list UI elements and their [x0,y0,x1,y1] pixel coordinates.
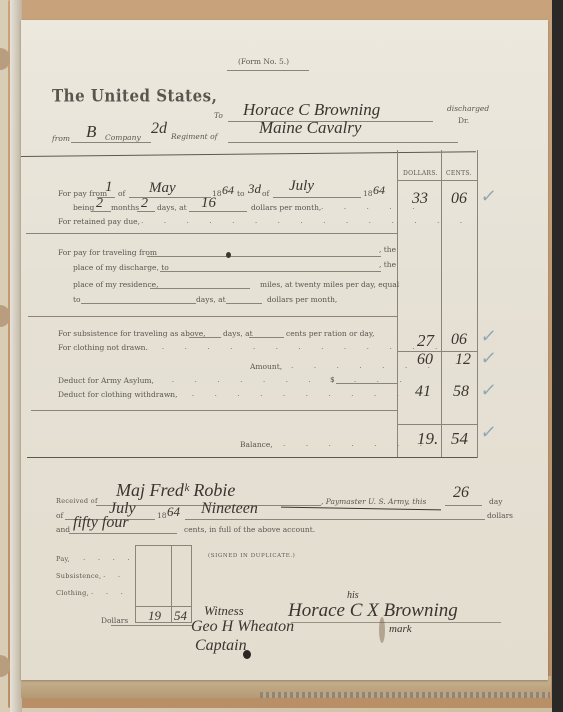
summary-dollars-value: 19 [148,608,161,624]
form-number: (Form No. 5.) [238,57,289,66]
received-of-label: Received of [56,497,98,505]
section-rule [31,410,397,411]
of-label: of [118,189,125,198]
clothing-withdrawn-label: Deduct for clothing withdrawn, [58,390,177,399]
dollars-cents-divider [441,150,442,458]
pay-dollars-value: 33 [412,190,428,208]
subsistence-days-line [189,337,221,338]
of-label-2: of [262,189,269,198]
form-number-underline [227,70,309,71]
paymaster-label: , Paymaster U. S. Army, this [321,497,426,506]
to-month-line [273,197,361,198]
summary-cents-value: 54 [174,608,187,624]
checkmark-icon: ✓ [479,348,498,369]
ration-label: cents per ration or day, [286,329,375,338]
cents-words-line [69,533,177,534]
table-top-rule [21,151,476,157]
header-underline [397,180,477,181]
days-value: 2 [141,196,148,212]
leader-dots: . . . [91,587,128,596]
amount-cents-value: 12 [455,351,471,369]
sleeve-edge [552,0,563,712]
subsistence-dollars-value: 27 [417,331,434,351]
regiment-label: Regiment of [171,132,217,141]
dr-label: Dr. [458,116,469,125]
dollar-sign: $ [330,375,335,384]
section-rule [26,233,397,234]
from-day-value: 1 [105,179,113,196]
balance-top-rule [397,424,477,425]
claimant-signature: Horace C X Browning [288,600,458,622]
leader-dots: . . . . . . . . . . . [169,389,408,398]
pay-cents-value: 06 [451,190,467,208]
discharge-place-label: place of my discharge, to [73,263,169,272]
summary-subsistence-label: Subsistence, [56,572,101,580]
travel-days-line [81,303,196,304]
ink-blot [243,650,251,659]
payee-name: Horace C Browning [243,100,380,120]
dollars-label-receipt: dollars [487,511,513,520]
summary-box-divider [171,545,172,623]
ink-spot [226,252,231,258]
discharge-place-line [160,271,381,272]
checkmark-icon: ✓ [479,326,498,347]
miles-label: miles, at twenty miles per day, equal [260,280,399,289]
witness-signature: Geo H Wheaton [191,618,294,636]
residence-label: place of my residence, [73,280,158,289]
sleeve-perforation [260,692,550,698]
to-day-value: 3d [248,181,261,197]
travel-rate-line [226,303,262,304]
ration-rate-line [249,337,284,338]
travel-from-label: For pay for traveling from [58,248,157,257]
to-days-label: to [73,295,81,304]
pay-voucher-document: (Form No. 5.) The United States, To Hora… [21,20,548,680]
months-label: months [111,203,139,212]
balance-dollars-value: 19. [417,429,438,449]
witness-label: Witness [204,603,244,619]
amount-words-value: Nineteen [201,500,258,518]
from-month-value: May [149,180,176,197]
day-value: 26 [453,484,469,502]
balance-cents-value: 54 [451,429,468,449]
cents-label-receipt: cents, in full of the above account. [184,525,315,534]
rate-label: dollars per month, [251,203,321,212]
months-value: 2 [96,196,103,212]
to-label: To [214,111,223,120]
days-at-label: days, at [157,203,187,212]
travel-line2-end: , the [379,260,396,269]
leader-dots: . . . . . . . . . . . . . . [139,342,446,351]
company-line [71,142,151,143]
of-label-receipt: of [56,511,63,520]
balance-label: Balance, [240,440,273,449]
to-label: to [237,189,245,198]
subsistence-label: For subsistence for traveling as above, [58,329,206,338]
receipt-year-value: 64 [167,504,180,520]
cents-words-value: fifty four [73,514,129,532]
checkmark-icon: ✓ [479,380,498,401]
company-label: Company [105,133,141,142]
to-month-value: July [289,178,314,195]
year-prefix-2: 18 [363,189,373,198]
asylum-amount-line [336,383,397,384]
summary-bottom-rule [111,625,193,626]
from-year-value: 64 [222,183,234,198]
witness-title: Captain [195,637,247,655]
table-right-edge [477,150,478,458]
residence-line [150,288,250,289]
subsistence-cents-value: 06 [451,331,467,349]
summary-clothing-label: Clothing, [56,589,89,597]
summary-total-rule [135,606,192,607]
army-asylum-label: Deduct for Army Asylum, [58,376,154,385]
clothing-withdrawn-cents-value: 58 [453,383,469,401]
amount-dollars-value: 60 [417,351,433,369]
travel-rate-label: dollars per month, [267,295,337,304]
leader-dots: . . . . . . . [283,439,431,448]
section-rule [28,316,397,317]
summary-dollars-label: Dollars [101,616,128,625]
paper-stain [379,617,385,643]
leader-dots: . . [103,570,125,579]
clothing-not-drawn-label: For clothing not drawn. [58,343,148,352]
retained-pay-label: For retained pay due, [58,217,140,226]
year-prefix-receipt: 18 [157,511,167,520]
travel-line1-end: , the [379,245,396,254]
summary-pay-label: Pay, [56,555,70,563]
discharged-label: discharged [447,104,489,113]
dollars-column-header: DOLLARS. [403,170,438,177]
and-label: and [56,525,70,534]
clothing-withdrawn-dollars-value: 41 [415,383,431,401]
from-label: from [52,134,70,143]
days-at-label-2: days, at [196,295,226,304]
amount-cancel-stroke [281,507,441,511]
rate-line [189,211,247,212]
signed-in-duplicate-note: (signed in duplicate.) [208,553,295,559]
checkmark-icon: ✓ [479,186,498,207]
document-title: The United States, [52,86,217,106]
rate-value: 16 [201,195,216,212]
travel-from-line [147,256,381,257]
company-value: B [86,122,96,142]
leader-dots: . . . . . . . . . . . . . . . [141,216,471,225]
regiment-value: 2d [151,120,167,138]
amount-column-divider [397,150,398,458]
amount-label: Amount, [250,362,282,371]
amount-words-line [185,519,485,520]
checkmark-icon: ✓ [479,422,498,443]
day-label: day [489,497,503,506]
to-year-value: 64 [373,183,385,198]
day-line [445,505,482,506]
paymaster-name: Maj Fredᵏ Robie [116,480,235,501]
table-bottom-rule [27,457,477,458]
leader-dots: . . . . [83,553,135,562]
leader-dots: . . . . . [321,202,423,211]
regiment-unit: Maine Cavalry [259,118,361,138]
regiment-unit-line [228,142,458,143]
cents-column-header: CENTS. [446,170,472,177]
mark-label: mark [389,623,412,635]
